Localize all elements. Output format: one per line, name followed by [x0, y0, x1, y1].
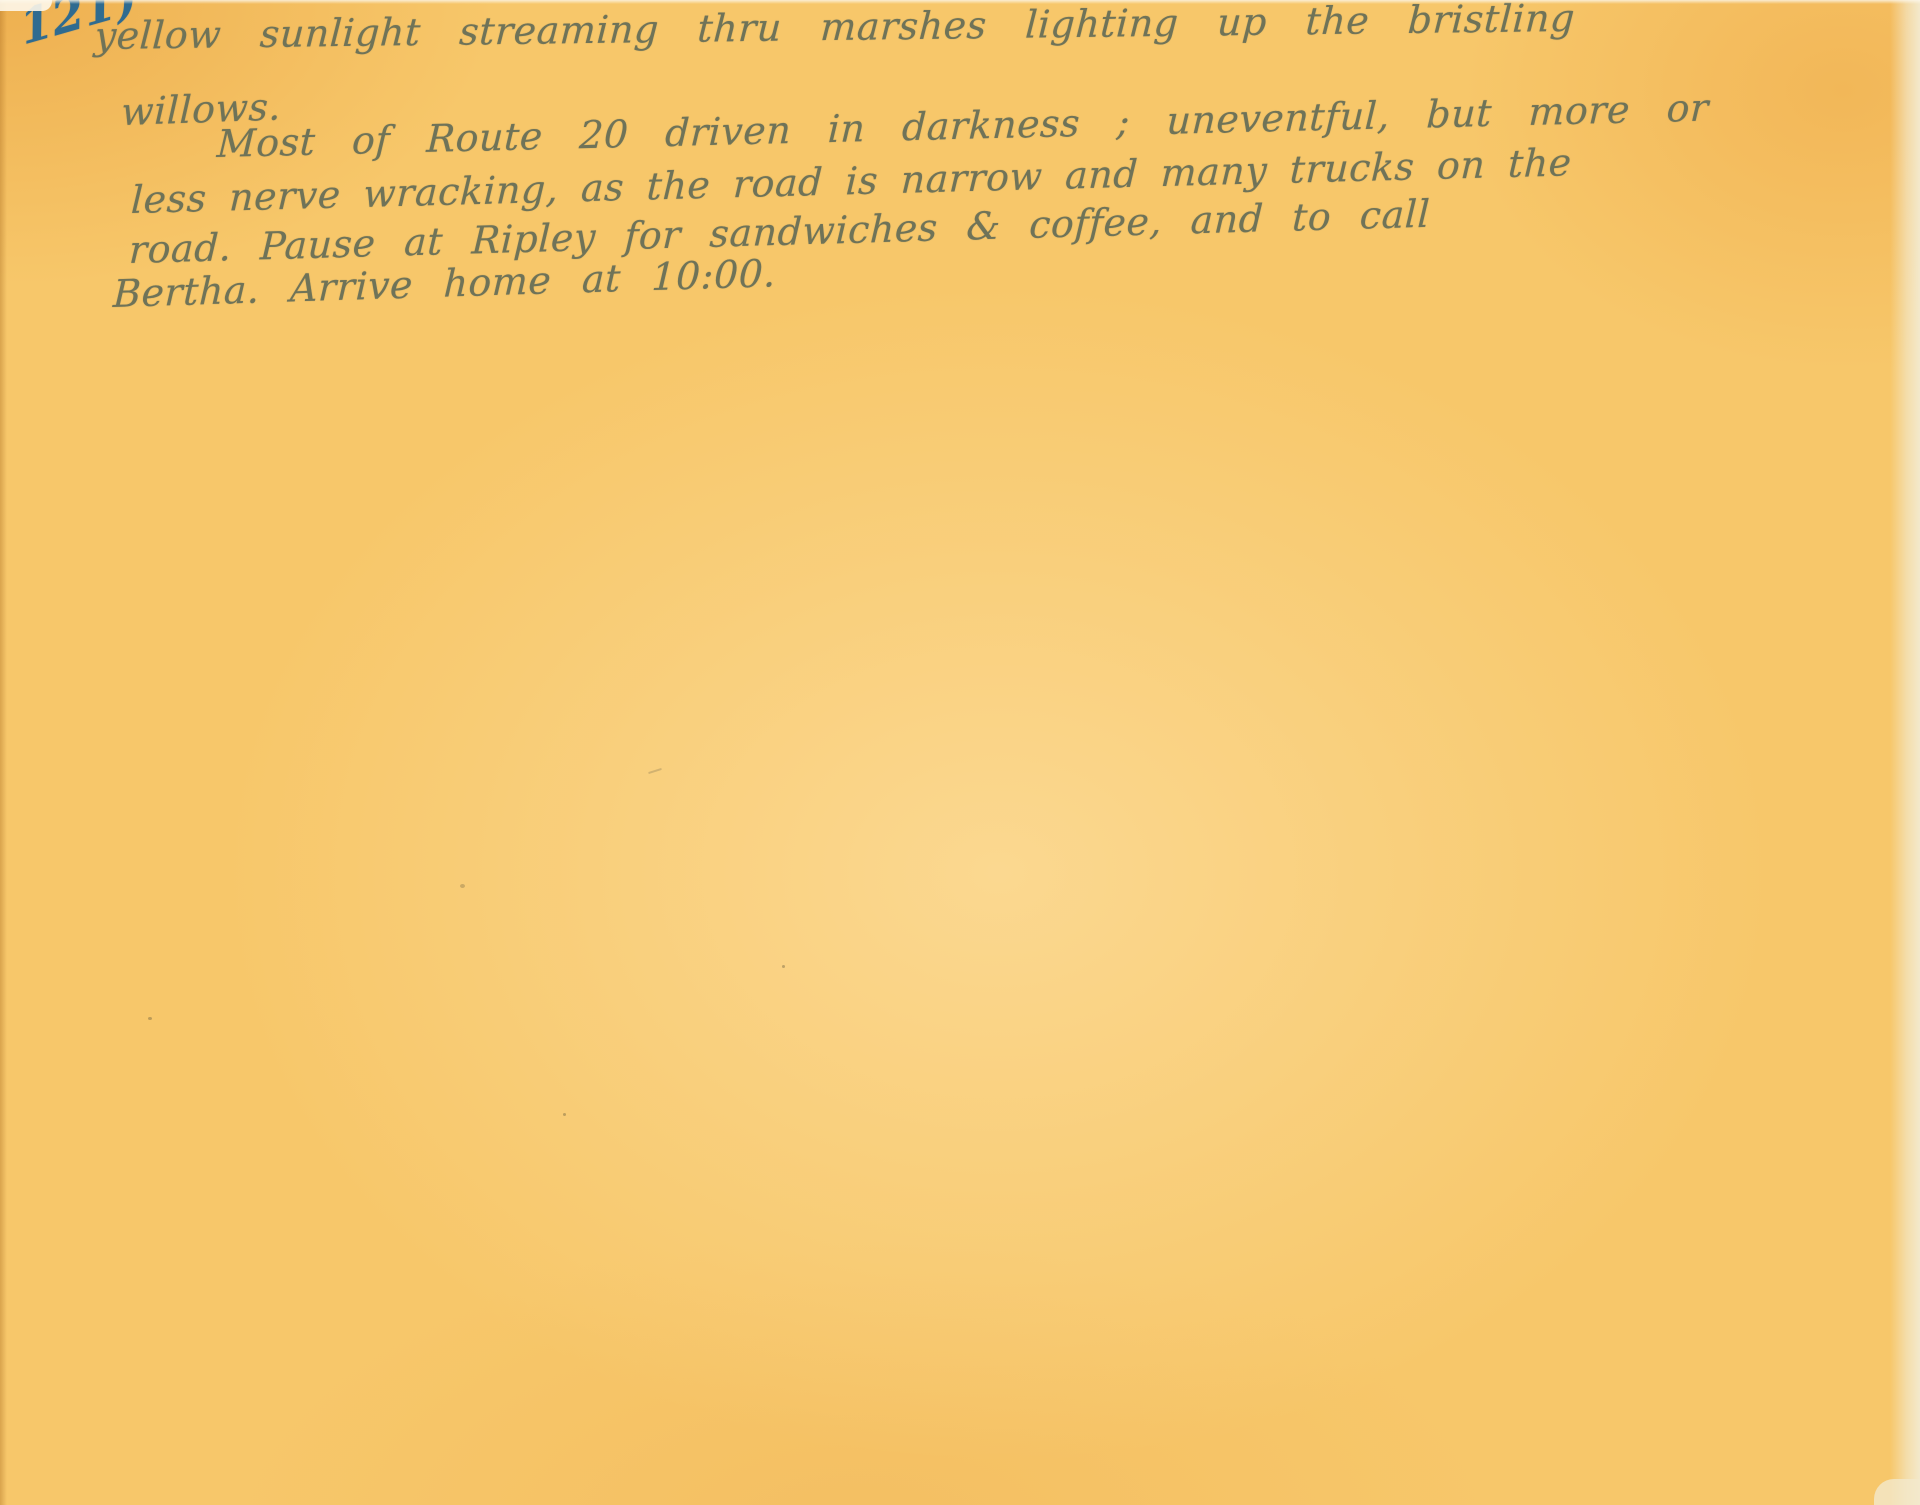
scan-edge-top	[0, 0, 1920, 4]
scan-edge-right	[1890, 0, 1920, 1505]
paper-speck	[563, 1113, 566, 1116]
scan-edge-left	[0, 0, 7, 1505]
scan-corner-top-left	[0, 0, 52, 11]
paper-speck	[460, 884, 465, 888]
paper-smudge	[648, 768, 662, 774]
paper-speck	[782, 965, 785, 968]
paper-speck	[148, 1017, 152, 1020]
handwritten-line: yellow sunlight streaming thru marshes l…	[93, 0, 1576, 58]
scanned-diary-page: 121) yellow sunlight streaming thru mars…	[0, 0, 1920, 1505]
scan-corner-bottom-right	[1874, 1479, 1920, 1505]
